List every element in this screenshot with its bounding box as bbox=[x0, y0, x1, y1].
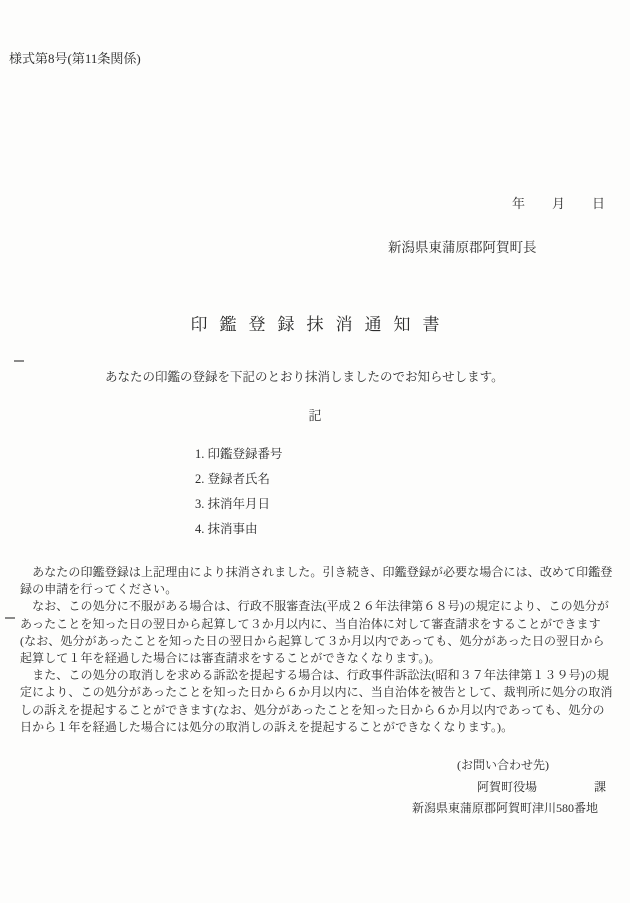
body-line: 定により、この処分があったことを知った日から６か月以内に、当自治体を被告として、… bbox=[20, 684, 614, 701]
contact-address: 新潟県東蒲原郡阿賀町津川580番地 bbox=[412, 801, 598, 817]
intro-sentence: あなたの印鑑の登録を下記のとおり抹消しましたのでお知らせします。 bbox=[105, 369, 504, 385]
notice-document-page: 様式第8号(第11条関係) 年 月 日 新潟県東蒲原郡阿賀町長 印鑑登録抹消通知… bbox=[0, 0, 630, 903]
fold-mark-top bbox=[14, 360, 24, 362]
fold-mark-middle bbox=[5, 617, 15, 619]
contact-heading: (お問い合わせ先) bbox=[457, 758, 549, 774]
body-line: (なお、処分があったことを知った日の翌日から起算して３か月以内であっても、処分が… bbox=[20, 633, 614, 650]
body-line: また、この処分の取消しを求める訴訟を提起する場合は、行政事件訴訟法(昭和３７年法… bbox=[20, 667, 614, 684]
record-item-cancellation-date: 3. 抹消年月日 bbox=[195, 492, 283, 517]
addressee-mayor: 新潟県東蒲原郡阿賀町長 bbox=[388, 240, 537, 256]
form-number: 様式第8号(第11条関係) bbox=[9, 51, 141, 67]
contact-office-name: 阿賀町役場 bbox=[477, 780, 537, 796]
day-label: 日 bbox=[592, 196, 605, 212]
record-item-registration-number: 1. 印鑑登録番号 bbox=[195, 442, 283, 467]
body-line: しの訴えを提起することができます(なお、処分があったことを知った日から６か月以内… bbox=[20, 702, 614, 719]
body-line: なお、この処分に不服がある場合は、行政不服審査法(平成２６年法律第６８号)の規定… bbox=[20, 598, 614, 615]
record-marker: 記 bbox=[0, 408, 630, 425]
body-line: あなたの印鑑登録は上記理由により抹消されました。引き続き、印鑑登録が必要な場合に… bbox=[20, 564, 614, 581]
body-text-block: あなたの印鑑登録は上記理由により抹消されました。引き続き、印鑑登録が必要な場合に… bbox=[20, 564, 614, 736]
contact-office-line: 阿賀町役場 課 bbox=[477, 780, 606, 796]
body-line: あったことを知った日の翌日から起算して３か月以内に、当自治体に対して審査請求をす… bbox=[20, 616, 614, 633]
date-line: 年 月 日 bbox=[512, 196, 605, 212]
document-title: 印鑑登録抹消通知書 bbox=[0, 314, 630, 336]
contact-department-suffix: 課 bbox=[594, 780, 606, 796]
month-label: 月 bbox=[552, 196, 565, 212]
body-line: 録の申請を行ってください。 bbox=[20, 581, 614, 598]
record-item-registrant-name: 2. 登録者氏名 bbox=[195, 467, 283, 492]
record-item-list: 1. 印鑑登録番号 2. 登録者氏名 3. 抹消年月日 4. 抹消事由 bbox=[195, 442, 283, 542]
record-item-cancellation-reason: 4. 抹消事由 bbox=[195, 517, 283, 542]
body-line: 起算して１年を経過した場合には審査請求をすることができなくなります。)。 bbox=[20, 650, 614, 667]
body-line: 日から１年を経過した場合には処分の取消しの訴えを提起することができなくなります。… bbox=[20, 719, 614, 736]
year-label: 年 bbox=[512, 196, 525, 212]
